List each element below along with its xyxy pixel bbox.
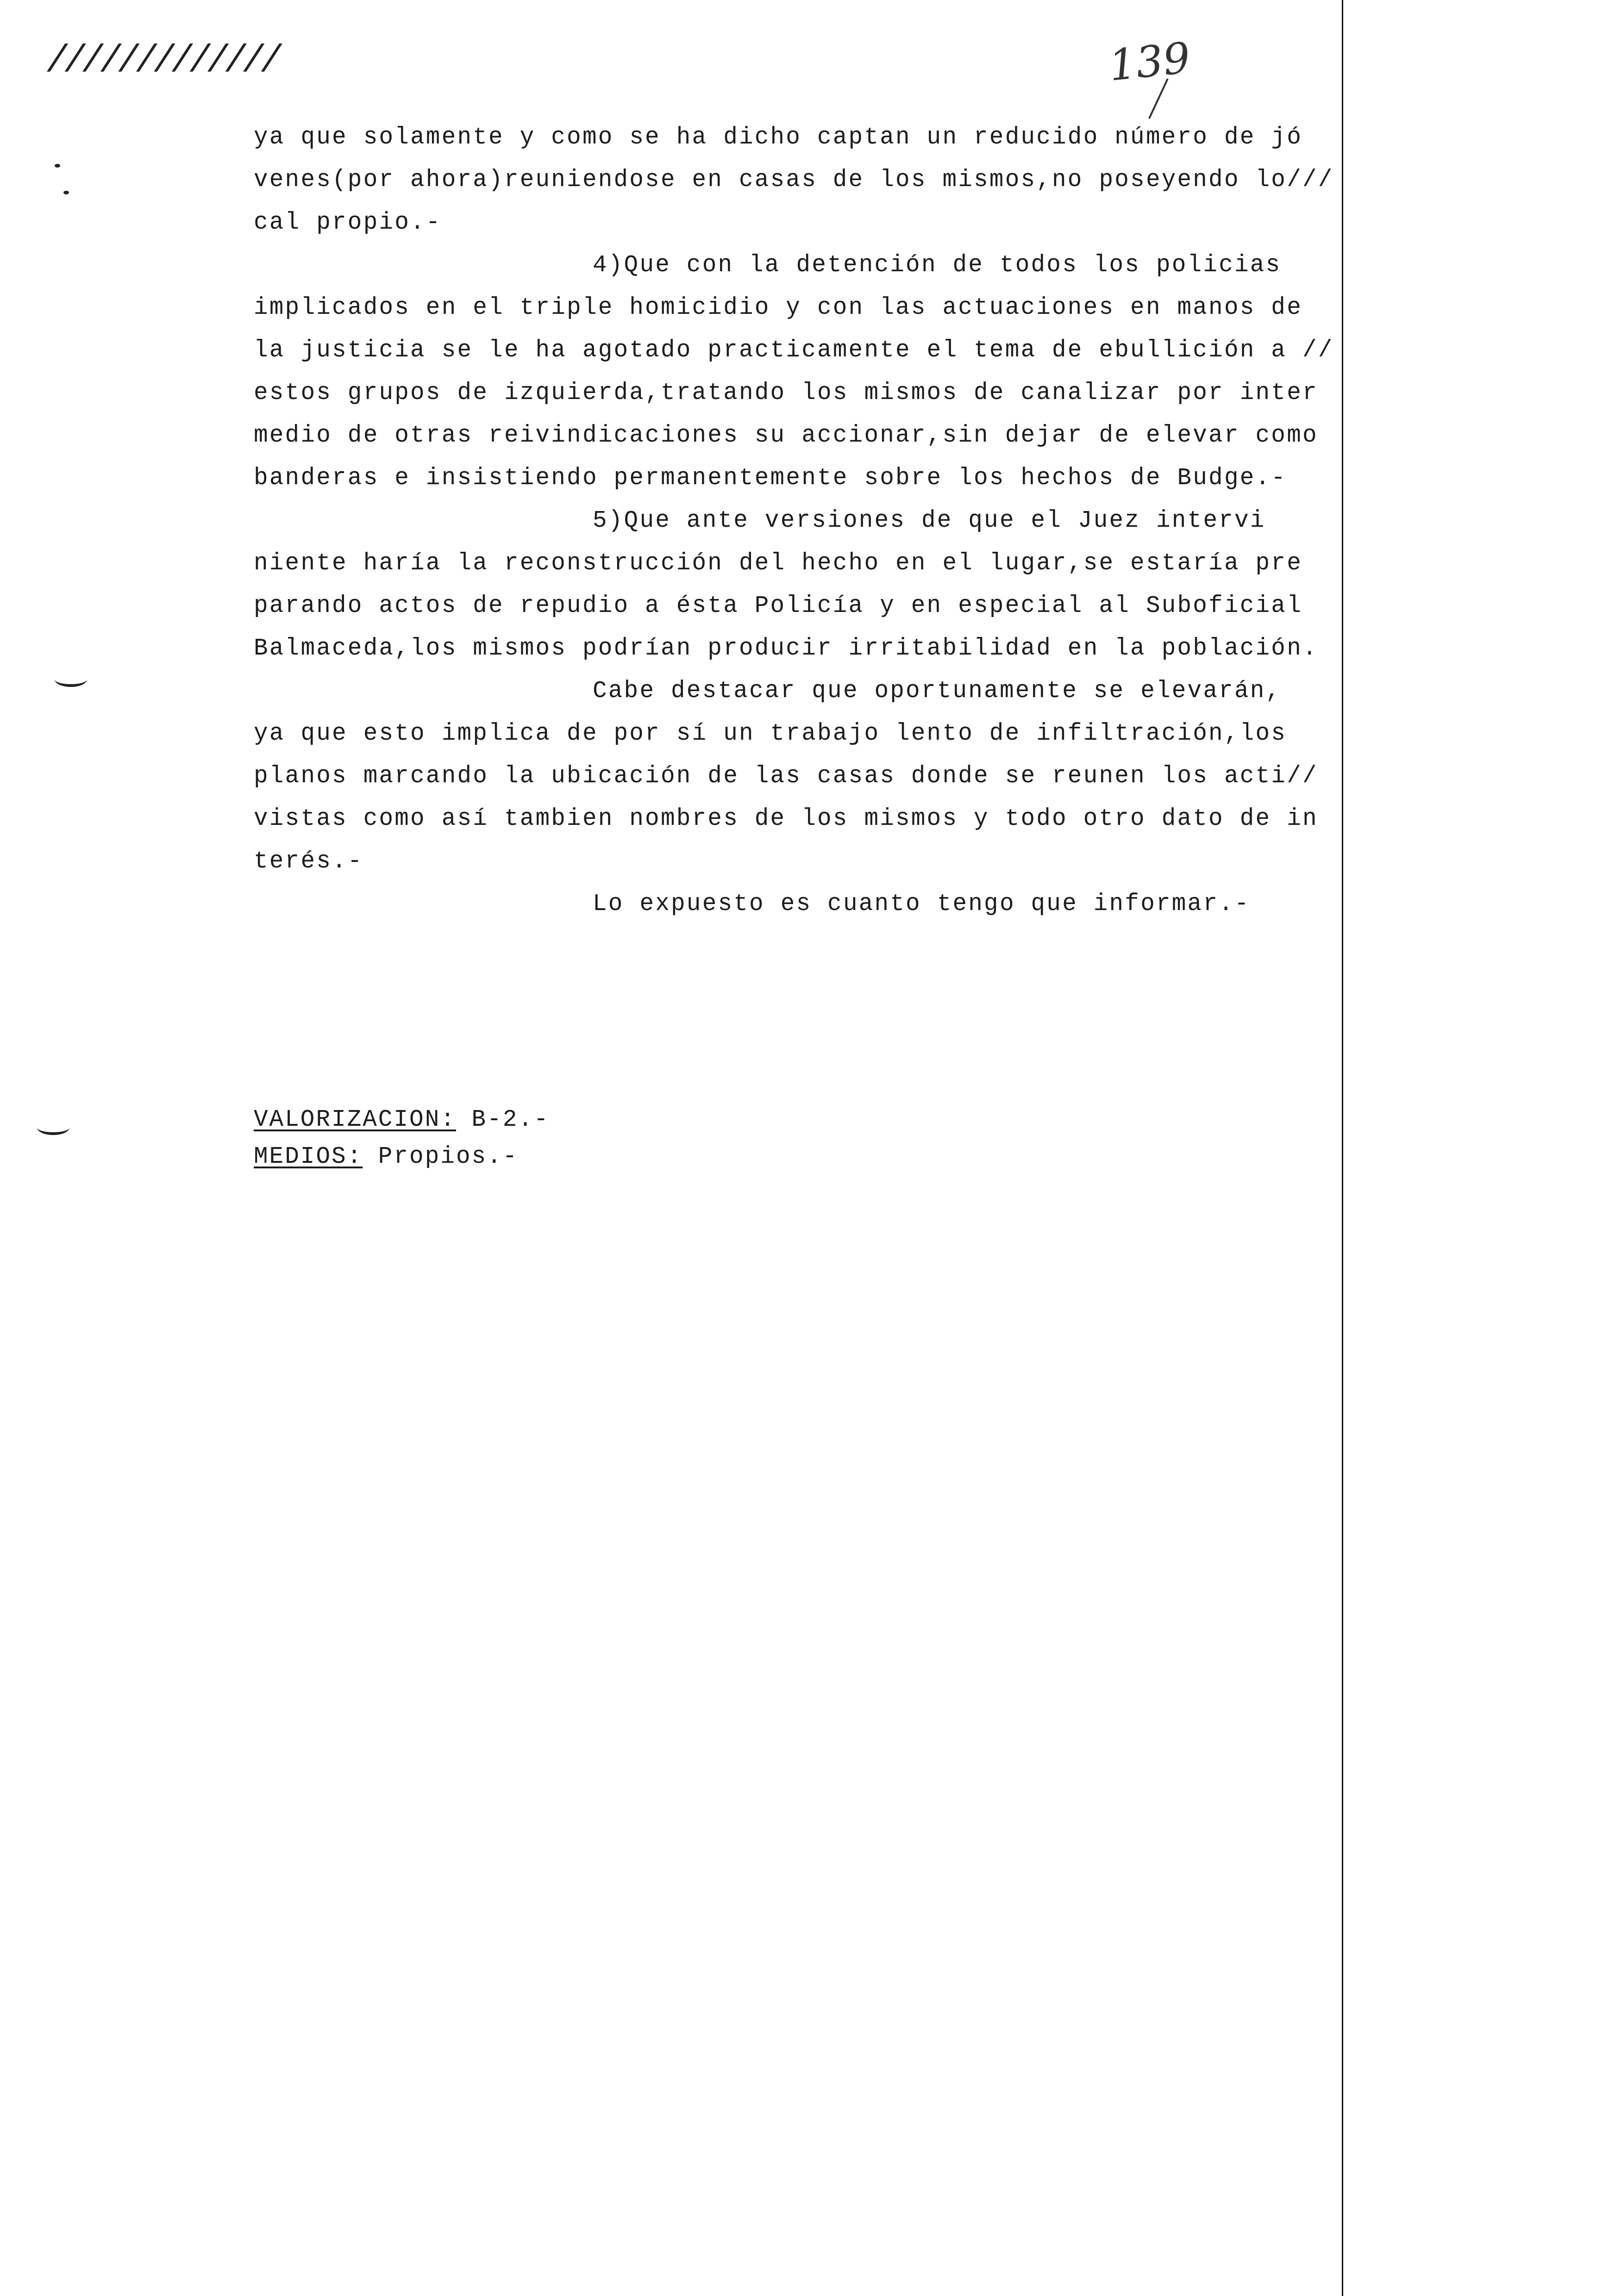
body-line-3: cal propio.-	[254, 209, 442, 237]
body-line-8: medio de otras reivindicaciones su accio…	[254, 422, 1318, 450]
medios-label: MEDIOS:	[254, 1144, 363, 1170]
body-line-15: ya que esto implica de por sí un trabajo…	[254, 720, 1287, 748]
body-line-14-cabe-destacar: Cabe destacar que oportunamente se eleva…	[593, 678, 1281, 705]
body-line-13: Balmaceda,los mismos podrían producir ir…	[254, 635, 1318, 663]
body-line-6: la justicia se le ha agotado practicamen…	[254, 337, 1334, 365]
body-line-10-item-5: 5)Que ante versiones de que el Juez inte…	[593, 507, 1266, 535]
medios-value: Propios.-	[363, 1144, 518, 1170]
body-line-9: banderas e insistiendo permanentemente s…	[254, 465, 1287, 493]
binding-hole-mark	[37, 1120, 69, 1135]
folio-number-handwritten: 139	[1107, 33, 1193, 91]
valorizacion-row: VALORIZACION: B-2.-	[254, 1106, 550, 1134]
body-line-11: niente haría la reconstrucción del hecho…	[254, 550, 1302, 578]
body-line-17: vistas como así tambien nombres de los m…	[254, 805, 1318, 833]
document-page: ///////////// 139 ya que solamente y com…	[0, 0, 1342, 2296]
body-line-4-item-4: 4)Que con la detención de todos los poli…	[593, 252, 1281, 280]
body-line-5: implicados en el triple homicidio y con …	[254, 294, 1302, 322]
body-line-7: estos grupos de izquierda,tratando los m…	[254, 380, 1318, 407]
valorizacion-value: B-2.-	[456, 1107, 550, 1133]
valorizacion-label: VALORIZACION:	[254, 1107, 456, 1133]
medios-row: MEDIOS: Propios.-	[254, 1143, 518, 1171]
header-slash-marks: /////////////	[46, 37, 283, 77]
page-edge-line	[1342, 0, 1343, 2296]
closing-line: Lo expuesto es cuanto tengo que informar…	[593, 891, 1250, 918]
body-line-16: planos marcando la ubicación de las casa…	[254, 763, 1318, 791]
body-line-18: terés.-	[254, 848, 363, 876]
margin-speck	[63, 191, 69, 194]
margin-speck	[55, 164, 60, 168]
body-line-12: parando actos de repudio a ésta Policía …	[254, 593, 1302, 620]
body-line-1: ya que solamente y como se ha dicho capt…	[254, 124, 1302, 152]
binding-hole-mark	[55, 672, 87, 687]
body-line-2: venes(por ahora)reuniendose en casas de …	[254, 167, 1334, 194]
